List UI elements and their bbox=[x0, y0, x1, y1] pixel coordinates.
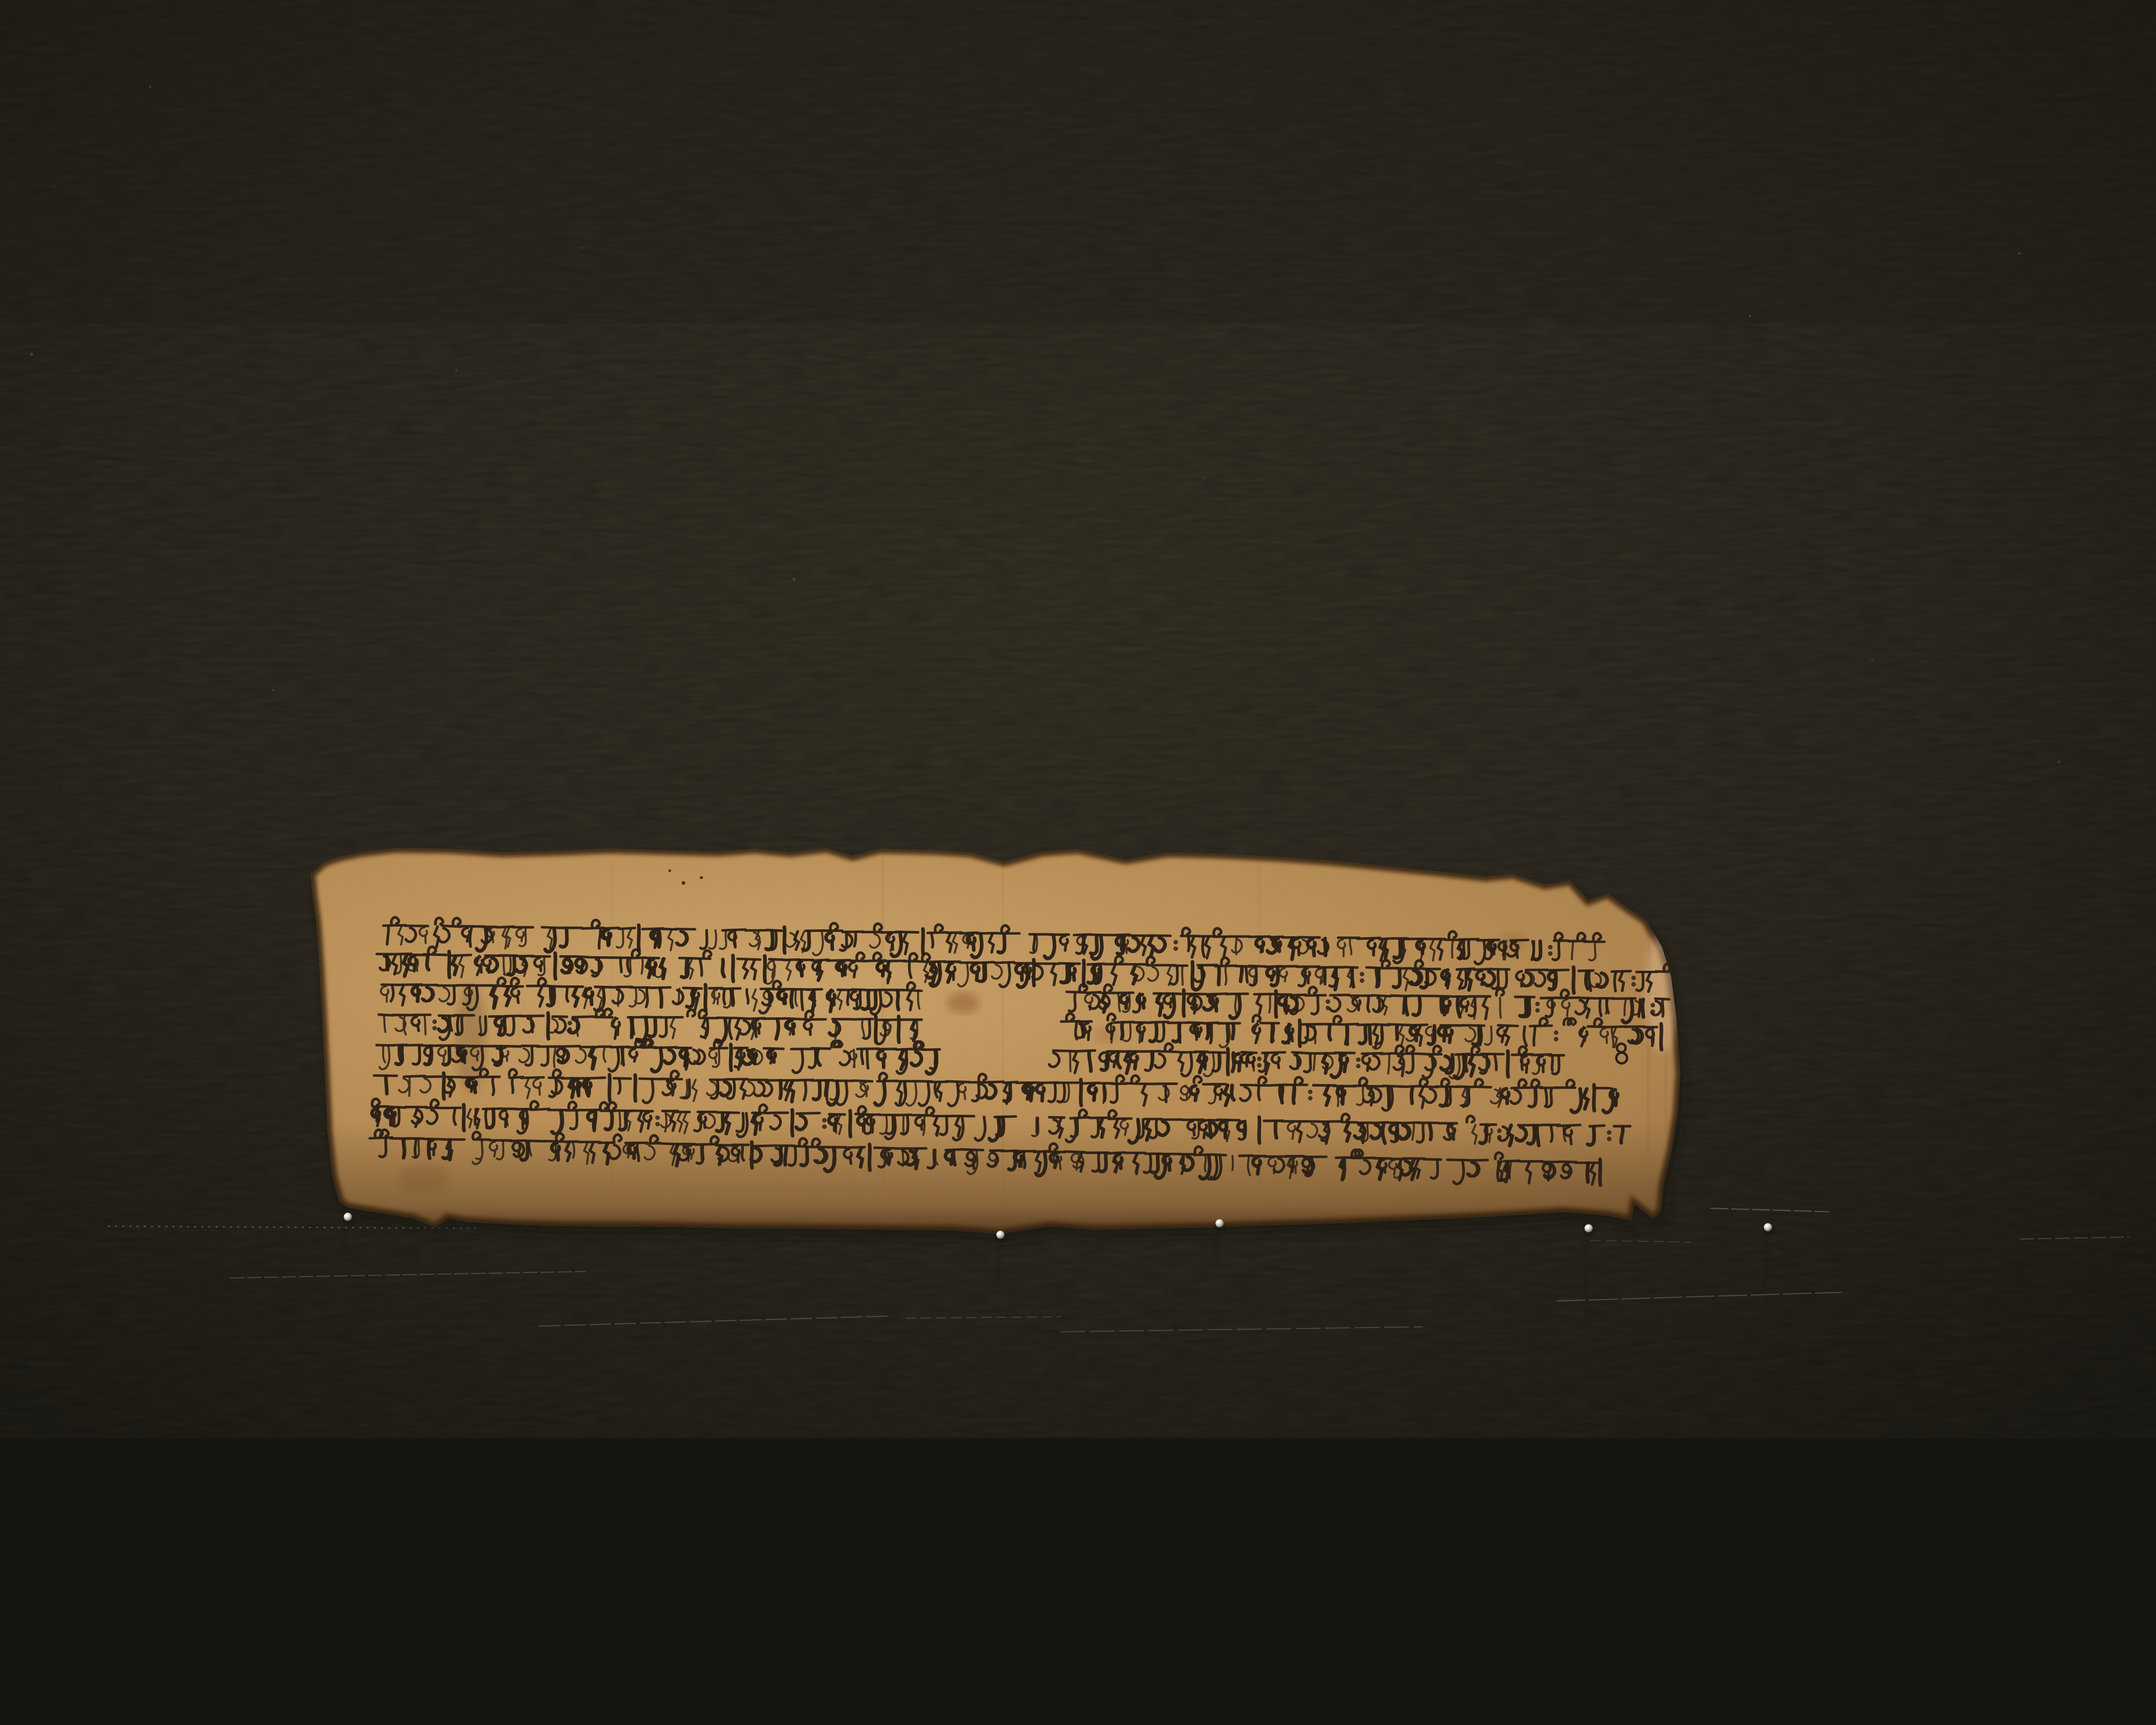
paper-stain bbox=[399, 1164, 449, 1193]
pin-highlight bbox=[1217, 1220, 1220, 1223]
pin-head bbox=[1216, 1219, 1224, 1227]
paper-crease bbox=[1003, 857, 1003, 1231]
dust-speck bbox=[30, 353, 33, 356]
paper-stain bbox=[947, 992, 979, 1013]
dust-speck bbox=[581, 247, 583, 249]
ink-dot bbox=[1124, 856, 1127, 859]
dust-speck bbox=[149, 86, 151, 88]
dust-speck bbox=[1871, 659, 1873, 661]
pin-head bbox=[1764, 1223, 1772, 1231]
pin-highlight bbox=[1586, 1226, 1589, 1228]
dust-speck bbox=[793, 578, 796, 581]
ink-dot bbox=[682, 881, 685, 884]
pin-head bbox=[1585, 1224, 1593, 1233]
pin-head bbox=[344, 1213, 352, 1221]
dust-speck bbox=[1203, 477, 1205, 479]
dust-speck bbox=[1749, 315, 1751, 317]
ink-dot bbox=[700, 876, 703, 879]
pin-highlight bbox=[345, 1214, 348, 1217]
pin-highlight bbox=[1765, 1225, 1768, 1227]
manuscript-photo: Handwritten Sanskrit manuscript folio in… bbox=[0, 0, 2156, 1437]
photo-canvas bbox=[0, 0, 2156, 1437]
dust-speck bbox=[2058, 761, 2060, 763]
pin-head bbox=[996, 1231, 1004, 1239]
dust-speck bbox=[54, 185, 56, 187]
pin-highlight bbox=[998, 1232, 1000, 1235]
dust-speck bbox=[272, 689, 274, 691]
dust-speck bbox=[2018, 252, 2021, 254]
dust-speck bbox=[455, 369, 458, 371]
ink-dot bbox=[668, 869, 671, 872]
